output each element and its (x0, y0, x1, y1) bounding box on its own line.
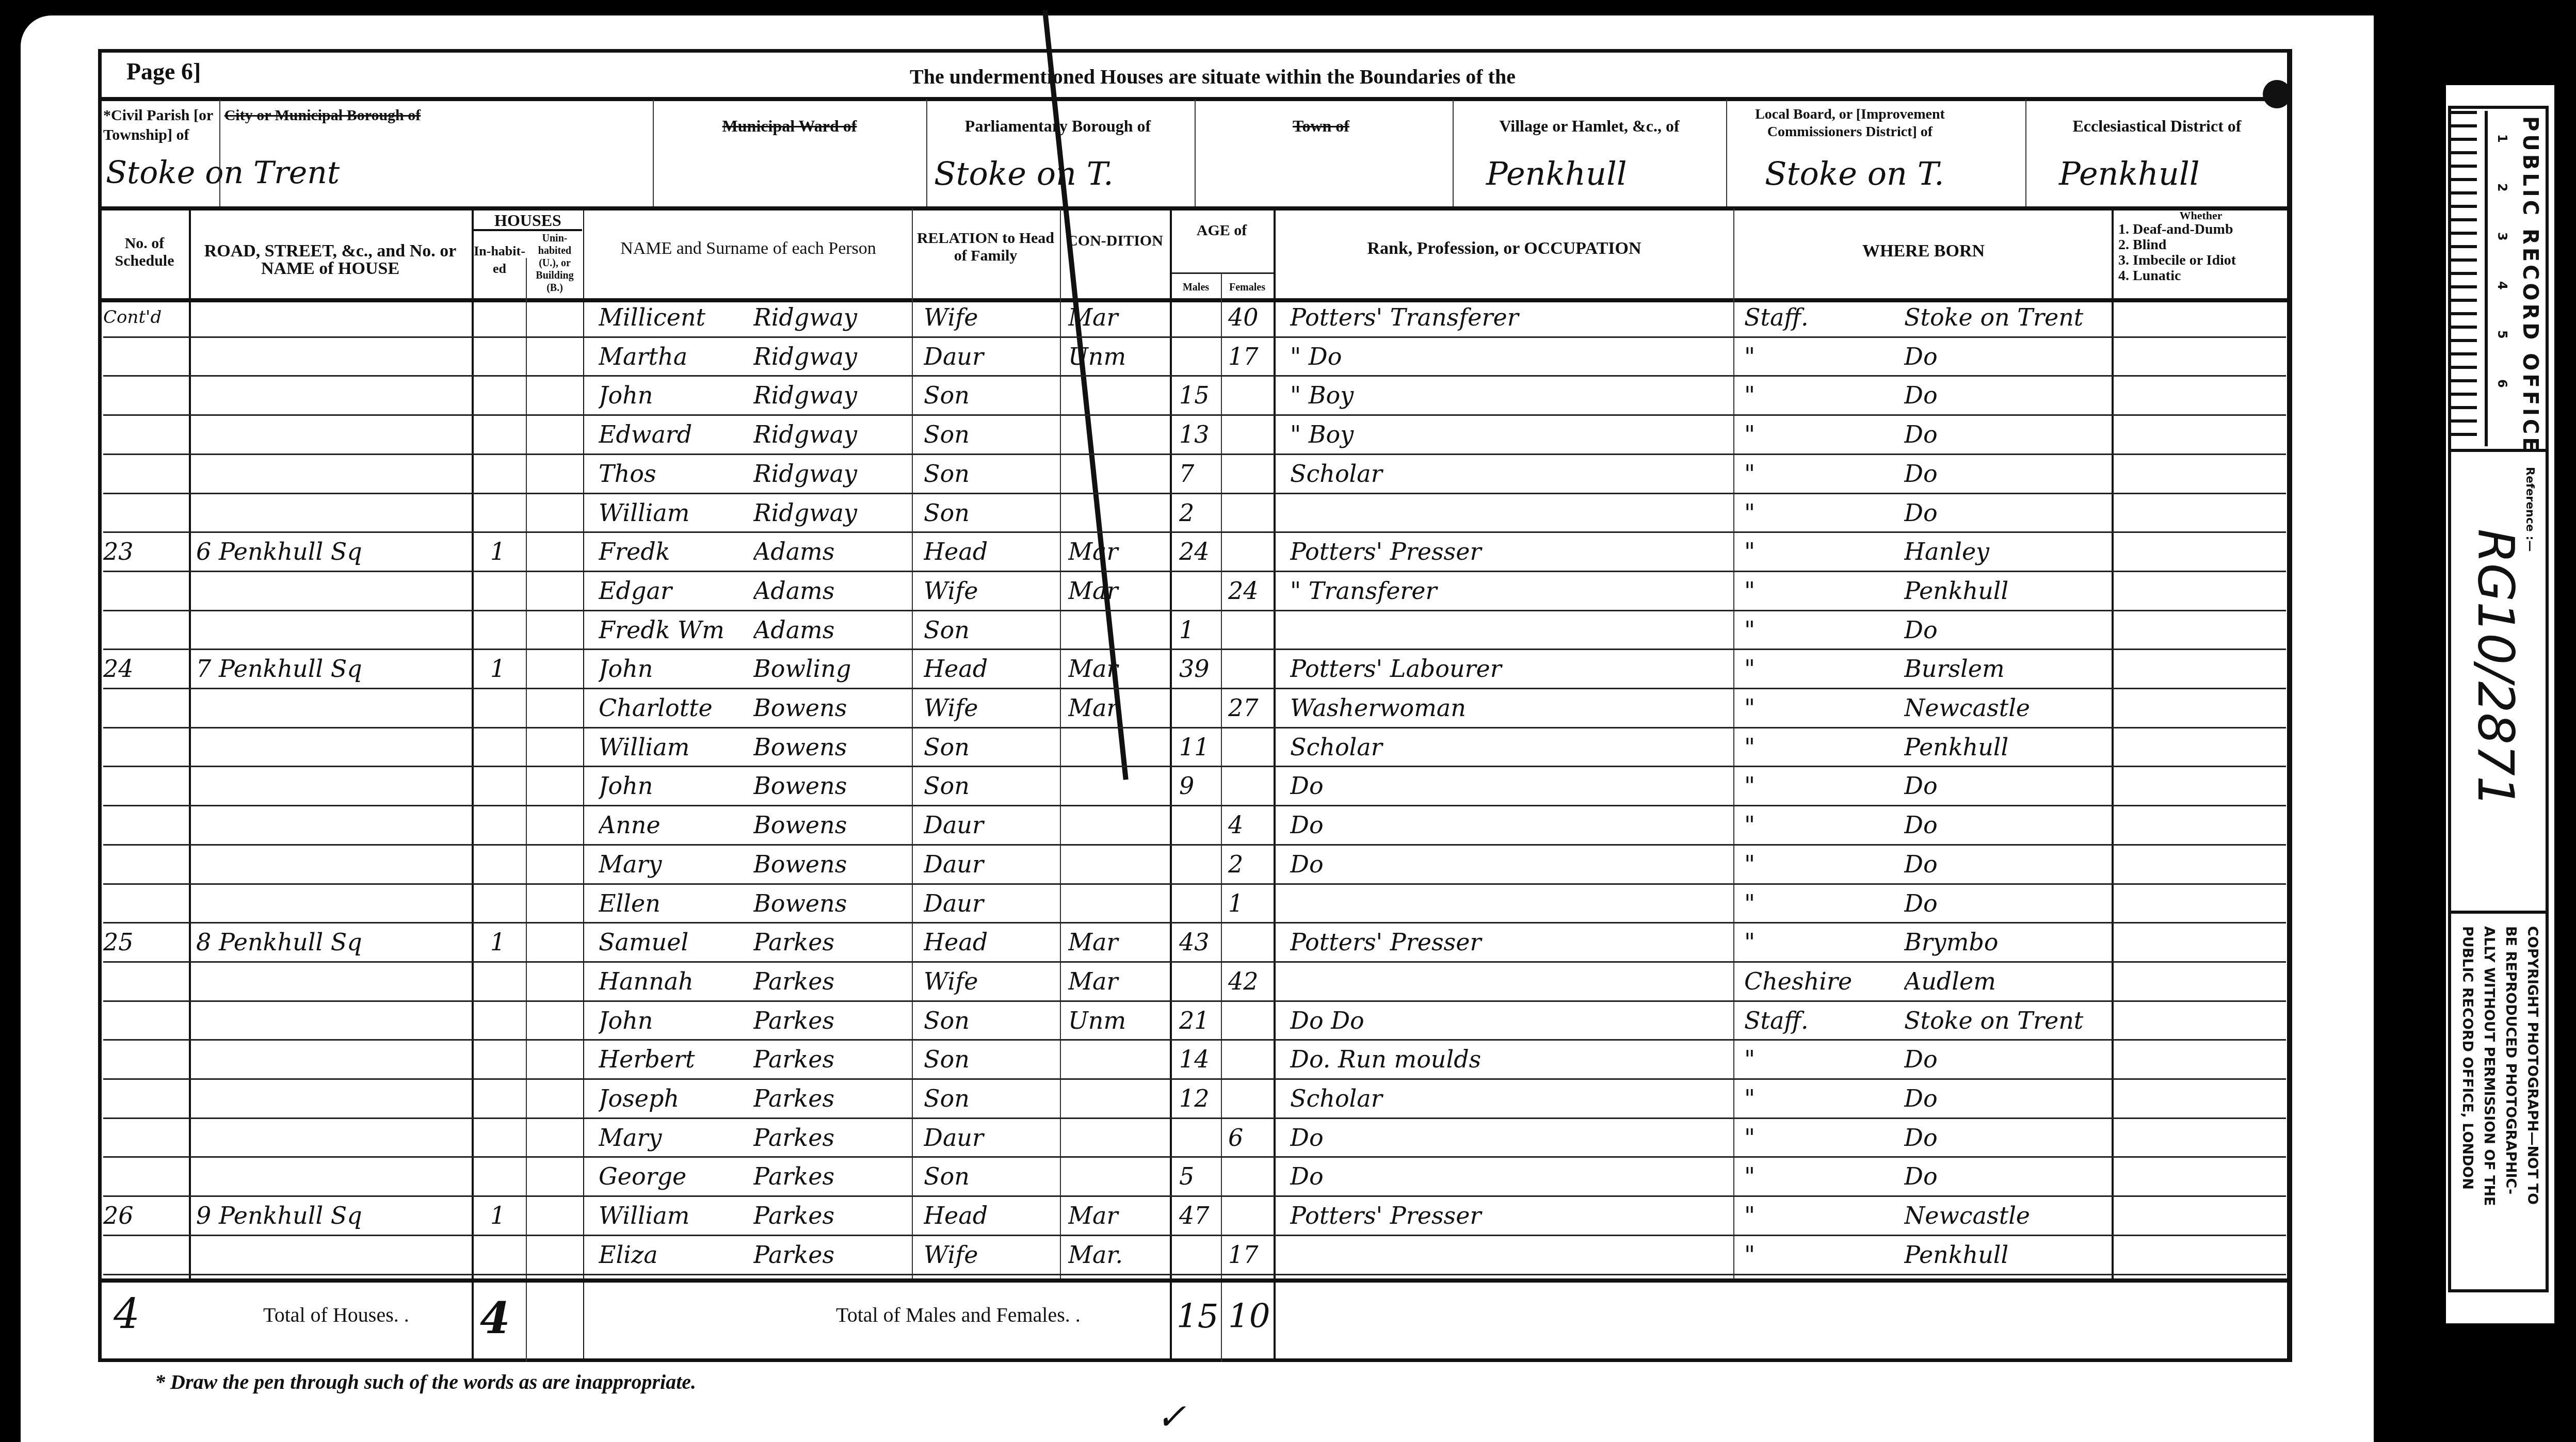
row-occupation (1290, 611, 1729, 649)
row-age-male: 1 (1179, 611, 1220, 649)
row-age-male (1179, 1119, 1220, 1157)
infirmity-blind: 2. Blind (2118, 237, 2289, 253)
row-surname: Bowens (753, 845, 908, 883)
row-age-male: 21 (1179, 1001, 1220, 1040)
row-occupation: Potters' Presser (1290, 1196, 1729, 1235)
row-schedule (103, 806, 186, 844)
row-first-name: Martha (599, 337, 753, 376)
row-age-male (1179, 689, 1220, 727)
row-age-male: 11 (1179, 728, 1220, 766)
row-surname: Ridgway (753, 415, 908, 453)
row-schedule: 23 (103, 532, 186, 571)
col-line (1221, 272, 1222, 1362)
row-age-female (1228, 1001, 1272, 1040)
col-line (472, 208, 474, 1362)
col-header-infirmity-list: 1. Deaf-and-Dumb 2. Blind 3. Imbecile or… (2118, 222, 2289, 284)
row-birth-place: Audlem (1904, 962, 2111, 1000)
row-first-name: Anne (599, 806, 753, 844)
row-first-name: John (599, 650, 753, 688)
row-address (196, 337, 464, 376)
row-relation: Head (924, 923, 1058, 961)
row-occupation: " Transferer (1290, 572, 1729, 610)
row-condition (1068, 611, 1161, 649)
row-inhabited (490, 415, 521, 453)
infirmity-deaf-dumb: 1. Deaf-and-Dumb (2118, 222, 2289, 237)
row-relation: Son (924, 415, 1058, 453)
ruler-divider (2485, 111, 2488, 446)
row-occupation (1290, 962, 1729, 1000)
col-header-inhabited: In-habit-ed (474, 242, 525, 278)
ink-blot (2263, 80, 2291, 108)
row-age-male (1179, 572, 1220, 610)
row-first-name: Eliza (599, 1236, 753, 1274)
row-first-name: William (599, 728, 753, 766)
row-birth-place: Do (1904, 806, 2111, 844)
row-birth-place: Stoke on Trent (1904, 298, 2111, 336)
col-header-females: Females (1222, 279, 1273, 296)
row-age-male: 24 (1179, 532, 1220, 571)
copyright-notice: COPYRIGHT PHOTOGRAPH—NOT TO BE REPRODUCE… (2456, 926, 2543, 1206)
row-first-name: Hannah (599, 962, 753, 1000)
copyright-line-2: BE REPRODUCED PHOTOGRAPHIC- (2500, 926, 2521, 1206)
row-inhabited (490, 689, 521, 727)
scale-2: 2 (2492, 183, 2512, 192)
row-relation: Wife (924, 1236, 1058, 1274)
col-line (189, 208, 191, 1282)
row-condition (1068, 845, 1161, 883)
row-occupation: Scholar (1290, 728, 1729, 766)
row-birth-place: Do (1904, 455, 2111, 493)
row-first-name: Edgar (599, 572, 753, 610)
row-schedule (103, 767, 186, 805)
row-birth-place: Do (1904, 415, 2111, 453)
label-divider (2448, 449, 2549, 452)
row-surname: Bowens (753, 689, 908, 727)
row-age-female: 24 (1228, 572, 1272, 610)
row-relation: Daur (924, 337, 1058, 376)
row-address (196, 845, 464, 883)
row-age-female (1228, 650, 1272, 688)
col-header-occupation: Rank, Profession, or OCCUPATION (1277, 240, 1731, 257)
row-birth-county: " (1744, 1196, 1889, 1235)
row-address (196, 884, 464, 922)
row-relation: Head (924, 1196, 1058, 1235)
row-birth-place: Do (1904, 337, 2111, 376)
row-birth-county: " (1744, 845, 1889, 883)
row-address (196, 767, 464, 805)
row-condition (1068, 767, 1161, 805)
row-rule (103, 1274, 2286, 1275)
row-age-female: 6 (1228, 1119, 1272, 1157)
scale-4: 4 (2492, 281, 2512, 290)
row-inhabited: 1 (490, 923, 521, 961)
row-surname: Bowens (753, 767, 908, 805)
row-schedule (103, 1001, 186, 1040)
page-banner: The undermentioned Houses are situate wi… (774, 67, 1651, 87)
row-occupation: Do (1290, 845, 1729, 883)
row-birth-place: Burslem (1904, 650, 2111, 688)
col-header-condition: CON-DITION (1062, 232, 1168, 250)
row-age-female (1228, 455, 1272, 493)
row-inhabited (490, 337, 521, 376)
row-inhabited (490, 845, 521, 883)
row-first-name: Samuel (599, 923, 753, 961)
row-age-female: 17 (1228, 1236, 1272, 1274)
row-birth-county: " (1744, 494, 1889, 532)
checkmark: ✓ (1156, 1396, 1186, 1438)
row-address (196, 728, 464, 766)
col-header-where-born: WHERE BORN (1736, 242, 2111, 260)
label-divider (2448, 911, 2549, 914)
row-birth-county: " (1744, 572, 1889, 610)
row-condition: Unm (1068, 337, 1161, 376)
col-header-schedule: No. of Schedule (101, 235, 188, 270)
row-address: 7 Penkhull Sq (196, 650, 464, 688)
row-schedule: 24 (103, 650, 186, 688)
row-birth-county: " (1744, 806, 1889, 844)
row-birth-county: " (1744, 532, 1889, 571)
row-occupation: Do (1290, 767, 1729, 805)
row-birth-county: " (1744, 689, 1889, 727)
row-first-name: Charlotte (599, 689, 753, 727)
row-age-male: 2 (1179, 494, 1220, 532)
row-relation: Daur (924, 884, 1058, 922)
row-address (196, 806, 464, 844)
row-birth-place: Do (1904, 1119, 2111, 1157)
archive-office-title: PUBLIC RECORD OFFICE (2518, 116, 2542, 455)
row-birth-place: Do (1904, 611, 2111, 649)
row-birth-place: Newcastle (1904, 689, 2111, 727)
row-surname: Parkes (753, 1157, 908, 1195)
row-first-name: Mary (599, 845, 753, 883)
row-relation: Son (924, 376, 1058, 414)
row-condition (1068, 1157, 1161, 1195)
row-surname: Adams (753, 611, 908, 649)
row-inhabited: 1 (490, 650, 521, 688)
row-relation: Daur (924, 1119, 1058, 1157)
row-condition: Mar (1068, 689, 1161, 727)
row-age-male (1179, 337, 1220, 376)
col-line (1274, 208, 1276, 1362)
row-relation: Son (924, 728, 1058, 766)
row-first-name: John (599, 376, 753, 414)
row-relation: Son (924, 455, 1058, 493)
ruler-numbers: 1 2 3 4 5 6 (2492, 134, 2512, 388)
col-header-infirmity-title: Whether (2113, 209, 2289, 222)
row-age-female (1228, 532, 1272, 571)
row-age-female: 40 (1228, 298, 1272, 336)
row-surname: Ridgway (753, 376, 908, 414)
row-age-male: 39 (1179, 650, 1220, 688)
archive-label-strip: PUBLIC RECORD OFFICE 1 2 3 4 5 6 Referen… (2446, 85, 2554, 1323)
row-occupation: Do. Run moulds (1290, 1040, 1729, 1078)
row-occupation: Scholar (1290, 455, 1729, 493)
col-header-age: AGE of (1171, 222, 1272, 239)
row-surname: Ridgway (753, 298, 908, 336)
row-inhabited (490, 962, 521, 1000)
row-address (196, 298, 464, 336)
row-relation: Wife (924, 298, 1058, 336)
row-schedule (103, 494, 186, 532)
row-age-female (1228, 1157, 1272, 1195)
row-schedule (103, 572, 186, 610)
row-condition: Mar (1068, 923, 1161, 961)
row-inhabited (490, 298, 521, 336)
copyright-line-3: ALLY WITHOUT PERMISSION OF THE (2478, 926, 2500, 1206)
row-occupation: Scholar (1290, 1079, 1729, 1117)
row-birth-county: " (1744, 337, 1889, 376)
row-age-female (1228, 1079, 1272, 1117)
row-condition: Mar (1068, 572, 1161, 610)
civil-parish-label: *Civil Parish [or Township] of (103, 106, 217, 145)
row-address: 8 Penkhull Sq (196, 923, 464, 961)
footnote: * Draw the pen through such of the words… (155, 1370, 696, 1394)
row-birth-county: " (1744, 455, 1889, 493)
row-birth-county: " (1744, 611, 1889, 649)
col-header-uninhabited: Unin-habited (U.), or Building (B.) (527, 232, 582, 294)
row-inhabited (490, 1119, 521, 1157)
row-age-male: 7 (1179, 455, 1220, 493)
col-header-name: NAME and Surname of each Person (586, 240, 911, 257)
village-label: Village or Hamlet, &c., of (1455, 116, 1724, 136)
row-inhabited (490, 494, 521, 532)
row-birth-county: " (1744, 1040, 1889, 1078)
row-age-male: 47 (1179, 1196, 1220, 1235)
row-birth-place: Do (1904, 376, 2111, 414)
row-age-female: 42 (1228, 962, 1272, 1000)
row-occupation: " Boy (1290, 415, 1729, 453)
row-birth-place: Brymbo (1904, 923, 2111, 961)
row-birth-county: " (1744, 884, 1889, 922)
total-schedules: 4 (114, 1290, 140, 1338)
row-surname: Parkes (753, 1079, 908, 1117)
row-condition (1068, 1119, 1161, 1157)
row-inhabited (490, 572, 521, 610)
row-surname: Parkes (753, 1236, 908, 1274)
row-schedule (103, 728, 186, 766)
row-age-female (1228, 376, 1272, 414)
row-age-female: 1 (1228, 884, 1272, 922)
row-address (196, 572, 464, 610)
row-relation: Daur (924, 806, 1058, 844)
row-birth-county: Staff. (1744, 1001, 1889, 1040)
row-surname: Ridgway (753, 337, 908, 376)
row-surname: Bowens (753, 806, 908, 844)
row-inhabited (490, 376, 521, 414)
row-condition: Unm (1068, 1001, 1161, 1040)
row-birth-county: " (1744, 1236, 1889, 1274)
row-first-name: Joseph (599, 1079, 753, 1117)
row-inhabited (490, 611, 521, 649)
row-address (196, 494, 464, 532)
row-occupation: Potters' Labourer (1290, 650, 1729, 688)
row-age-female: 2 (1228, 845, 1272, 883)
row-condition (1068, 806, 1161, 844)
row-inhabited (490, 1079, 521, 1117)
col-line (583, 208, 584, 1362)
row-age-male: 15 (1179, 376, 1220, 414)
row-surname: Parkes (753, 923, 908, 961)
row-schedule (103, 845, 186, 883)
row-surname: Parkes (753, 962, 908, 1000)
row-first-name: Thos (599, 455, 753, 493)
row-surname: Adams (753, 572, 908, 610)
row-age-female (1228, 494, 1272, 532)
row-inhabited (490, 767, 521, 805)
row-first-name: Millicent (599, 298, 753, 336)
parliamentary-borough-value: Stoke on T. (934, 155, 1114, 192)
row-first-name: Fredk Wm (599, 611, 753, 649)
row-surname: Parkes (753, 1001, 908, 1040)
row-birth-county: " (1744, 923, 1889, 961)
copyright-line-4: PUBLIC RECORD OFFICE, LONDON (2456, 926, 2478, 1206)
col-line (1170, 208, 1172, 1362)
row-condition (1068, 728, 1161, 766)
row-address (196, 455, 464, 493)
row-birth-place: Do (1904, 1040, 2111, 1078)
row-address (196, 1079, 464, 1117)
row-birth-place: Penkhull (1904, 1236, 2111, 1274)
row-age-male (1179, 884, 1220, 922)
row-age-female (1228, 1040, 1272, 1078)
row-condition (1068, 494, 1161, 532)
row-inhabited (490, 455, 521, 493)
copyright-line-1: COPYRIGHT PHOTOGRAPH—NOT TO (2521, 926, 2543, 1206)
row-schedule (103, 1040, 186, 1078)
row-occupation: " Do (1290, 337, 1729, 376)
row-address (196, 1157, 464, 1195)
row-age-female (1228, 415, 1272, 453)
row-relation: Head (924, 532, 1058, 571)
row-surname: Ridgway (753, 494, 908, 532)
local-board-value: Stoke on T. (1765, 155, 1944, 192)
row-condition: Mar (1068, 1196, 1161, 1235)
row-occupation: Washerwoman (1290, 689, 1729, 727)
row-first-name: Ellen (599, 884, 753, 922)
row-relation: Wife (924, 689, 1058, 727)
total-males: 15 (1177, 1298, 1218, 1336)
row-age-male: 5 (1179, 1157, 1220, 1195)
row-first-name: Fredk (599, 532, 753, 571)
row-inhabited: 1 (490, 532, 521, 571)
row-address (196, 415, 464, 453)
scale-3: 3 (2492, 232, 2512, 241)
row-occupation: Potters' Transferer (1290, 298, 1729, 336)
row-address (196, 611, 464, 649)
row-surname: Bowens (753, 884, 908, 922)
town-label: Town of (1197, 116, 1445, 136)
ecclesiastical-district-value: Penkhull (2059, 155, 2200, 192)
infirmity-lunatic: 4. Lunatic (2118, 268, 2289, 284)
row-first-name: Edward (599, 415, 753, 453)
civil-parish-value: Stoke on Trent (106, 155, 340, 191)
divider (98, 206, 2292, 210)
row-address (196, 1040, 464, 1078)
row-relation: Son (924, 1040, 1058, 1078)
row-inhabited: 1 (490, 1196, 521, 1235)
row-birth-county: " (1744, 1119, 1889, 1157)
row-age-female: 4 (1228, 806, 1272, 844)
row-condition: Mar (1068, 650, 1161, 688)
row-birth-place: Do (1904, 845, 2111, 883)
row-birth-place: Hanley (1904, 532, 2111, 571)
row-condition: Mar (1068, 962, 1161, 1000)
row-surname: Parkes (753, 1196, 908, 1235)
row-age-male: 12 (1179, 1079, 1220, 1117)
row-birth-place: Penkhull (1904, 572, 2111, 610)
total-houses-label: Total of Houses. . (263, 1303, 409, 1327)
row-age-female (1228, 728, 1272, 766)
infirmity-imbecile: 3. Imbecile or Idiot (2118, 253, 2289, 268)
municipal-ward-label: Municipal Ward of (655, 116, 924, 136)
row-surname: Adams (753, 532, 908, 571)
ruler-ticks (2451, 111, 2477, 446)
row-age-male (1179, 845, 1220, 883)
row-surname: Bowens (753, 728, 908, 766)
row-inhabited (490, 728, 521, 766)
row-birth-county: " (1744, 728, 1889, 766)
row-inhabited (490, 1157, 521, 1195)
scale-6: 6 (2492, 379, 2512, 388)
row-relation: Daur (924, 845, 1058, 883)
row-relation: Son (924, 494, 1058, 532)
row-address (196, 1001, 464, 1040)
row-age-male: 43 (1179, 923, 1220, 961)
scale-1: 1 (2495, 134, 2509, 143)
page-number: Page 6] (126, 62, 201, 82)
row-birth-county: Staff. (1744, 298, 1889, 336)
row-birth-county: " (1744, 376, 1889, 414)
row-schedule (103, 1079, 186, 1117)
row-schedule (103, 1236, 186, 1274)
row-address: 9 Penkhull Sq (196, 1196, 464, 1235)
row-relation: Son (924, 767, 1058, 805)
row-age-male (1179, 962, 1220, 1000)
row-birth-place: Newcastle (1904, 1196, 2111, 1235)
row-address (196, 689, 464, 727)
row-occupation: Do (1290, 806, 1729, 844)
row-occupation: Do Do (1290, 1001, 1729, 1040)
row-schedule (103, 376, 186, 414)
row-relation: Son (924, 1001, 1058, 1040)
row-age-female (1228, 1196, 1272, 1235)
row-address: 6 Penkhull Sq (196, 532, 464, 571)
row-first-name: George (599, 1157, 753, 1195)
row-first-name: John (599, 1001, 753, 1040)
row-first-name: John (599, 767, 753, 805)
row-condition (1068, 1079, 1161, 1117)
row-age-male: 14 (1179, 1040, 1220, 1078)
row-address (196, 962, 464, 1000)
reference-label: Reference :— (2523, 467, 2536, 552)
row-schedule (103, 1119, 186, 1157)
row-condition: Mar (1068, 532, 1161, 571)
row-inhabited (490, 1040, 521, 1078)
row-schedule (103, 337, 186, 376)
row-surname: Parkes (753, 1040, 908, 1078)
row-birth-county: " (1744, 767, 1889, 805)
scale-5: 5 (2492, 330, 2512, 339)
row-condition (1068, 1040, 1161, 1078)
reference-number: RG10/2871 (2467, 529, 2524, 807)
row-surname: Bowling (753, 650, 908, 688)
row-schedule: Cont'd (103, 298, 186, 336)
row-birth-county: " (1744, 650, 1889, 688)
total-houses: 4 (480, 1292, 510, 1343)
row-inhabited (490, 806, 521, 844)
row-occupation: Do (1290, 1157, 1729, 1195)
row-birth-county: Cheshire (1744, 962, 1889, 1000)
